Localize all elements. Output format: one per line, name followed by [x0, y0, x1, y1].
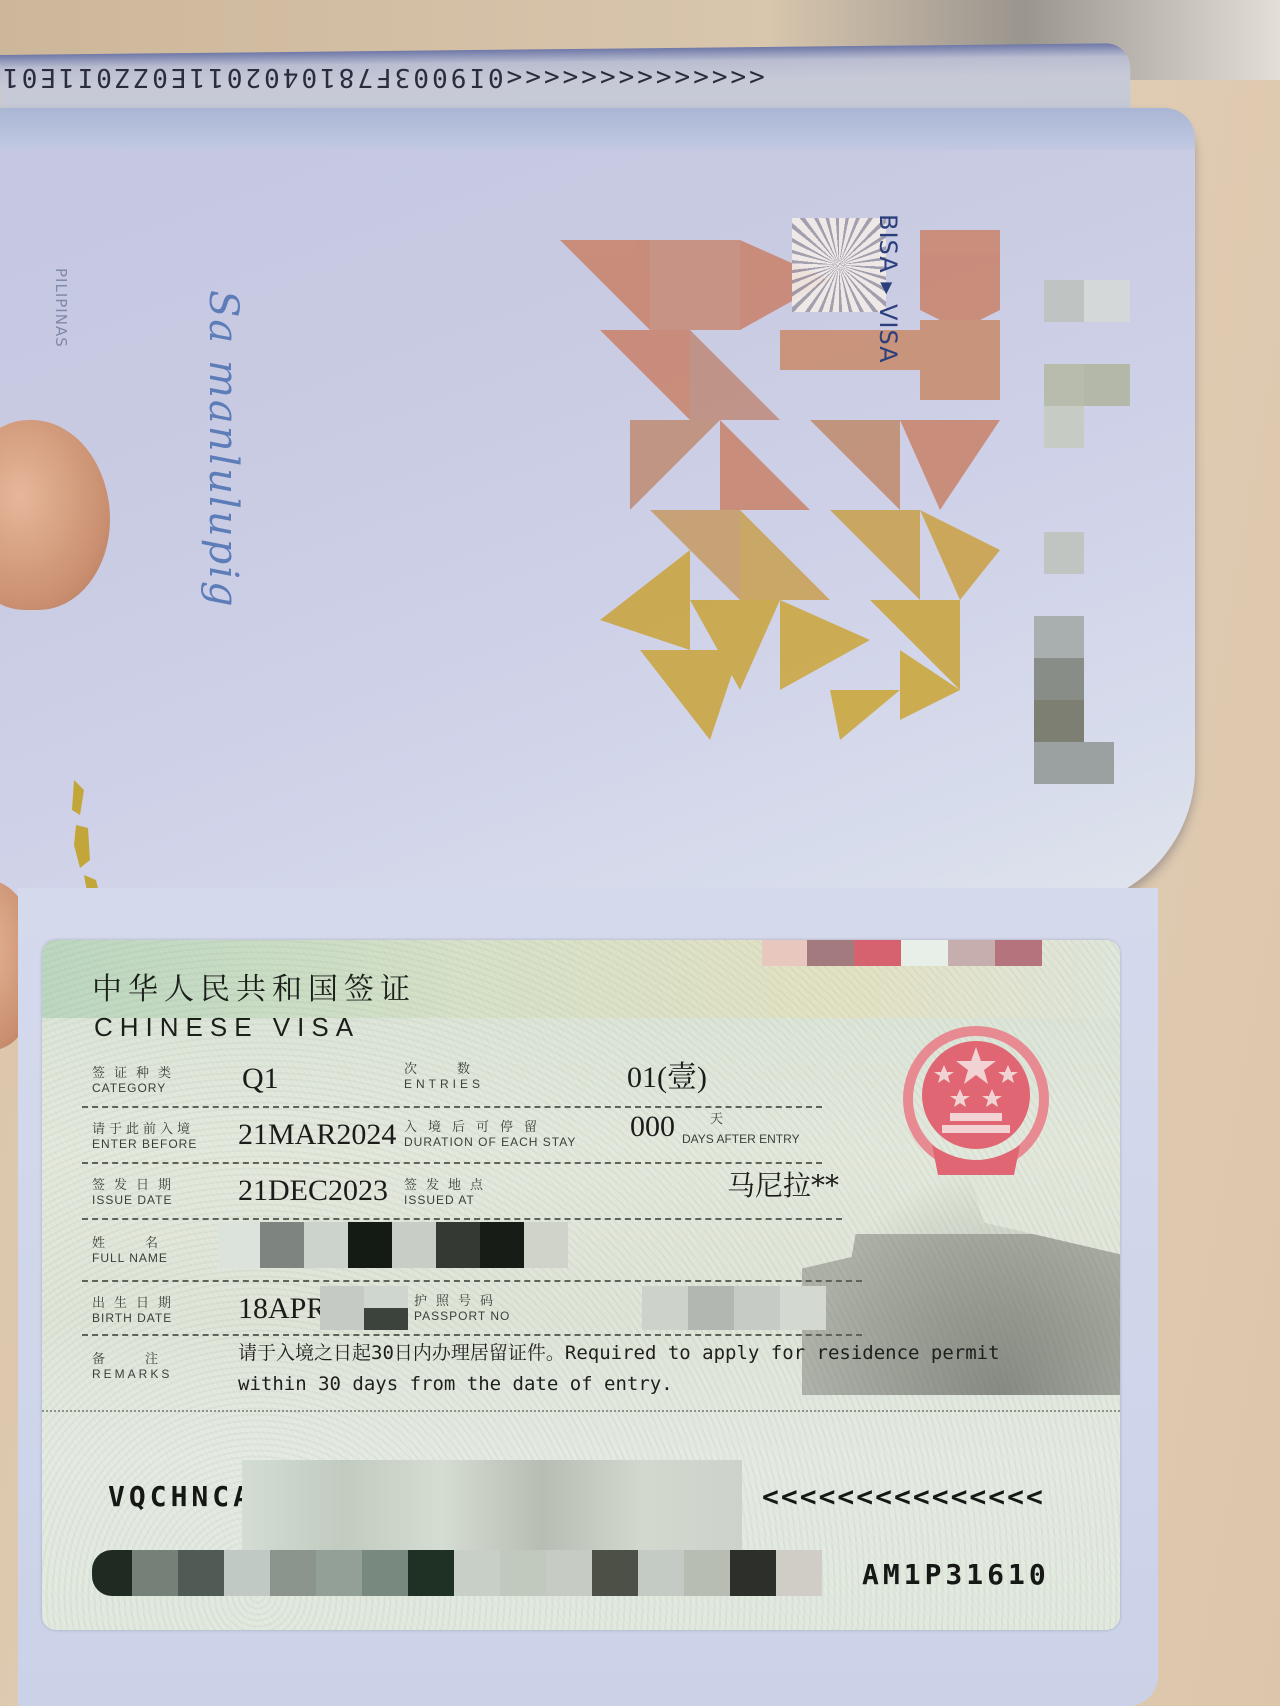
duration-label: 入境后可停留 DURATION OF EACH STAY [404, 1116, 576, 1149]
birth-date-label: 出生日期 BIRTH DATE [92, 1292, 180, 1325]
remarks-value: 请于入境之日起30日内办理居留证件。Required to apply for … [238, 1338, 1058, 1400]
issued-at-value: 马尼拉** [727, 1164, 839, 1204]
divider [82, 1218, 842, 1220]
page-top-strip [0, 108, 1195, 150]
back-page-mrz: <<<<<<<<<<<<<<0I9003F7810402011E0ZZ0I1E0… [0, 62, 765, 92]
redacted-full-name [218, 1222, 638, 1268]
visa-title-english: CHINESE VISA [94, 1012, 360, 1043]
issue-date-label: 签发日期 ISSUE DATE [92, 1174, 180, 1207]
chinese-visa-sticker: 中华人民共和国签证 CHINESE VISA 签证种类 CATEGORY Q1 … [42, 940, 1120, 1630]
entries-label: 次数 ENTRIES [404, 1058, 510, 1091]
issue-date-value: 21DEC2023 [238, 1174, 388, 1208]
visa-title-chinese: 中华人民共和国签证 [92, 964, 416, 1008]
enter-before-value: 21MAR2024 [238, 1118, 396, 1152]
duration-value: 000 [630, 1110, 675, 1144]
mrz-divider [42, 1410, 1120, 1412]
redacted-passport-no [642, 1286, 832, 1330]
mrz-line-2-end: AM1P31610 [862, 1558, 1050, 1591]
category-label: 签证种类 CATEGORY [92, 1062, 180, 1095]
script-motto: Sa manlulupig [200, 290, 246, 609]
redacted-mrz-line-1 [242, 1460, 742, 1550]
duration-unit-cn: 天 [710, 1108, 723, 1127]
duration-unit-en: DAYS AFTER ENTRY [682, 1132, 800, 1146]
divider [82, 1334, 862, 1336]
divider [82, 1280, 862, 1282]
mrz-line-1-start: VQCHNCA [108, 1480, 254, 1513]
full-name-label: 姓名 FULL NAME [92, 1232, 198, 1265]
passport-no-label: 护照号码 PASSPORT NO [414, 1290, 510, 1323]
redacted-mrz-line-2 [92, 1550, 832, 1596]
bisa-visa-label: BISA ▸ VISA [874, 214, 902, 364]
category-value: Q1 [242, 1062, 279, 1096]
birth-date-value: 18APR [238, 1292, 326, 1326]
redacted-stamp-area [1034, 280, 1124, 820]
redacted-visa-number [762, 940, 1092, 966]
country-label: PILIPINAS [52, 268, 70, 348]
national-emblem-icon [902, 1025, 1050, 1185]
hologram-icon [792, 218, 886, 312]
entries-value: 01(壹) [627, 1052, 707, 1096]
mrz-line-1-end: <<<<<<<<<<<<<<< [762, 1480, 1045, 1513]
divider [82, 1162, 822, 1164]
remarks-label: 备注 REMARKS [92, 1348, 198, 1381]
redacted-birth-year [320, 1286, 408, 1330]
issued-at-label: 签发地点 ISSUED AT [404, 1174, 492, 1207]
enter-before-label: 请于此前入境 ENTER BEFORE [92, 1118, 197, 1151]
geometric-mosaic-icon [540, 220, 1010, 740]
